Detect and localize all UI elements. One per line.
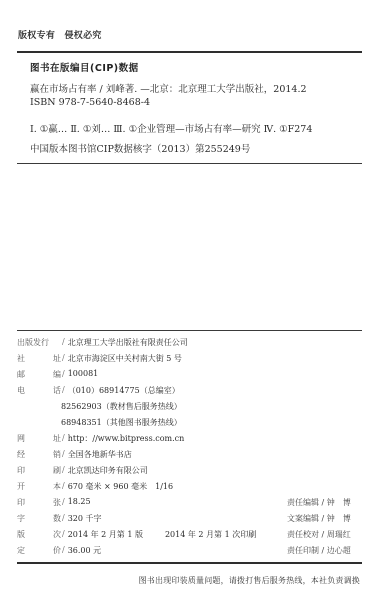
row-label: 印刷: [17, 465, 61, 476]
row-value: 18.25: [68, 497, 91, 508]
row-value: 北京理工大学出版社有限责任公司: [68, 337, 188, 348]
quality-notice: 图书出现印装质量问题，请拨打售后服务热线，本社负责调换: [139, 575, 360, 586]
row-label: 字数: [17, 513, 61, 524]
row-label: 经销: [17, 449, 61, 460]
editor-copy: 文案编辑 / 钟 博: [287, 513, 351, 524]
copyright-notice: 版权专有 侵权必究: [18, 28, 102, 41]
phone-other-services: 68948351（其他图书服务热线）: [61, 417, 182, 428]
top-divider: [17, 51, 362, 53]
editor-printing: 责任印制 / 边心超: [287, 545, 351, 556]
row-label: 社址: [17, 353, 61, 364]
row-label: 版次: [17, 529, 61, 540]
row-value: 2014 年 2 月第 1 版: [68, 529, 143, 540]
price-value: 36.00 元: [68, 545, 101, 556]
publisher-row-printer: 印刷 / 北京凯达印务有限公司: [17, 465, 148, 476]
row-value: （010）68914775（总编室）: [68, 385, 180, 396]
publisher-row-wordcount: 字数 / 320 千字: [17, 513, 102, 524]
publisher-row-distributor: 经销 / 全国各地新华书店: [17, 449, 132, 460]
row-label: 网址: [17, 433, 61, 444]
cip-heading: 图书在版编目(CIP)数据: [30, 60, 139, 74]
phone-aftersales: 82562903（教材售后服务热线）: [61, 401, 182, 412]
publisher-row-publisher: 出版发行 / 北京理工大学出版社有限责任公司: [17, 337, 188, 348]
row-value: 320 千字: [68, 513, 102, 524]
row-label: 出版发行: [17, 337, 61, 348]
row-value: 北京凯达印务有限公司: [68, 465, 148, 476]
row-label: 印张: [17, 497, 61, 508]
publisher-row-website: 网址 / http：//www.bitpress.com.cn: [17, 433, 184, 444]
cip-classification: Ⅰ. ①赢… Ⅱ. ①刘… Ⅲ. ①企业管理—市场占有率—研究 Ⅳ. ①F274: [30, 121, 312, 135]
row-value: 北京市海淀区中关村南大街 5 号: [68, 353, 182, 364]
publisher-row-address: 社址 / 北京市海淀区中关村南大街 5 号: [17, 353, 182, 364]
publisher-row-edition: 版次 / 2014 年 2 月第 1 版 2014 年 2 月第 1 次印刷: [17, 529, 256, 540]
publisher-row-format: 开本 / 670 毫米 × 960 毫米 1/16: [17, 481, 173, 492]
row-label: 电话: [17, 385, 61, 396]
cip-isbn: ISBN 978-7-5640-8468-4: [30, 97, 150, 108]
row-value: 100081: [68, 369, 99, 380]
editor-responsible: 责任编辑 / 钟 博: [287, 497, 351, 508]
row-value: 全国各地新华书店: [68, 449, 132, 460]
publisher-row-phone: 电话 / （010）68914775（总编室）: [17, 385, 180, 396]
row-value: 670 毫米 × 960 毫米 1/16: [68, 481, 173, 492]
row-label: 邮编: [17, 369, 61, 380]
row-label: 开本: [17, 481, 61, 492]
editor-proofreader: 责任校对 / 周瑞红: [287, 529, 351, 540]
website-link: http：//www.bitpress.com.cn: [68, 433, 185, 444]
cip-title-line: 赢在市场占有率 / 刘峰著. —北京：北京理工大学出版社，2014.2: [30, 81, 307, 95]
row-label: 定价: [17, 545, 61, 556]
cip-number: 中国版本图书馆CIP数据核字（2013）第255249号: [30, 141, 250, 155]
print-run: 2014 年 2 月第 1 次印刷: [165, 529, 256, 540]
cip-bottom-divider: [17, 163, 362, 164]
bottom-divider: [17, 562, 362, 564]
publisher-row-sheets: 印张 / 18.25: [17, 497, 91, 508]
publisher-row-price: 定价 / 36.00 元: [17, 545, 101, 556]
publisher-top-divider: [17, 330, 362, 331]
publisher-row-postcode: 邮编 / 100081: [17, 369, 98, 380]
